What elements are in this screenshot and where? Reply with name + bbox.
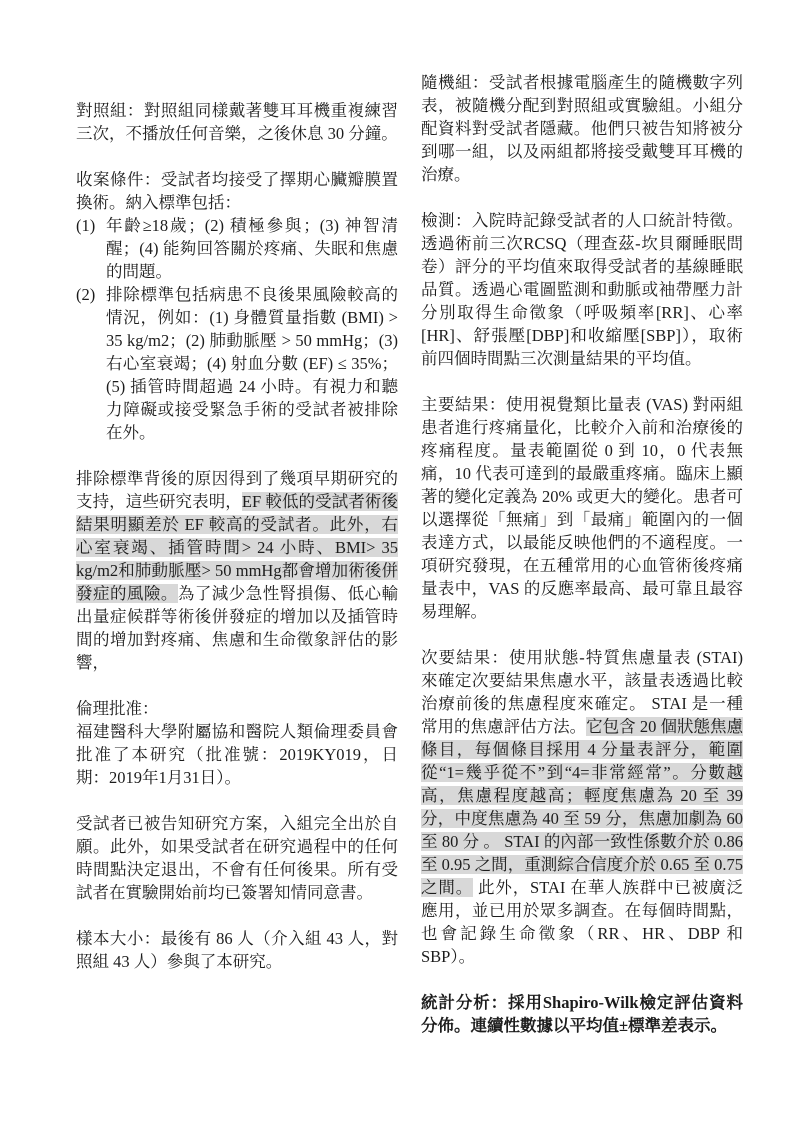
ethics-approval-paragraph: 福建醫科大學附屬協和醫院人類倫理委員會批准了本研究（批准號：2019KY019，… — [76, 720, 398, 789]
inclusion-criteria-paragraph: 收案條件：受試者均接受了擇期心臟瓣膜置換術。納入標準包括： — [76, 168, 398, 214]
sample-size-paragraph: 樣本大小：最後有 86 人（介入組 43 人，對照組 43 人）參與了本研究。 — [76, 927, 398, 973]
measurements-paragraph: 檢測：入院時記錄受試者的人口統計特徵。透過術前三次RCSQ（理查茲-坎貝爾睡眠問… — [421, 209, 743, 370]
list-item: (1)年齡≥18歲；(2) 積極參與；(3) 神智清醒；(4) 能夠回答關於疼痛… — [76, 214, 398, 283]
left-column: 對照組：對照組同樣戴著雙耳耳機重複練習三次，不播放任何音樂，之後休息 30 分鐘… — [76, 99, 398, 996]
text-segment: 對照組：對照組同樣戴著雙耳耳機重複練習三次，不播放任何音樂，之後休息 30 分鐘… — [76, 101, 398, 143]
criteria-list: (1)年齡≥18歲；(2) 積極參與；(3) 神智清醒；(4) 能夠回答關於疼痛… — [76, 214, 398, 444]
list-item: (2)排除標準包括病患不良後果風險較高的情況，例如：(1) 身體質量指數 (BM… — [76, 283, 398, 444]
control-group-paragraph: 對照組：對照組同樣戴著雙耳耳機重複練習三次，不播放任何音樂，之後休息 30 分鐘… — [76, 99, 398, 145]
text-segment: 主要結果：使用視覺類比量表 (VAS) 對兩組患者進行疼痛量化，比較介入前和治療… — [421, 395, 743, 621]
statistical-analysis-paragraph: 統計分析：採用Shapiro-Wilk檢定評估資料分佈。連續性數據以平均值±標準… — [421, 991, 743, 1037]
text-segment: 隨機組：受試者根據電腦產生的隨機數字列表，被隨機分配到對照組或實驗組。小組分配資… — [421, 73, 743, 184]
text-segment: 收案條件：受試者均接受了擇期心臟瓣膜置換術。納入標準包括： — [76, 170, 398, 212]
document-page: 對照組：對照組同樣戴著雙耳耳機重複練習三次，不播放任何音樂，之後休息 30 分鐘… — [0, 0, 800, 1131]
highlighted-text: 它包含 20 個狀態焦慮條目，每個條目採用 4 分量表評分，範圍從“1=幾乎從不… — [421, 717, 743, 897]
text-segment: 排除標準包括病患不良後果風險較高的情況，例如：(1) 身體質量指數 (BMI) … — [106, 285, 398, 442]
text-segment: 年齡≥18歲；(2) 積極參與；(3) 神智清醒；(4) 能夠回答關於疼痛、失眠… — [106, 216, 398, 281]
secondary-outcome-paragraph: 次要結果：使用狀態-特質焦慮量表 (STAI) 來確定次要結果焦慮水平，該量表透… — [421, 646, 743, 968]
text-segment: 福建醫科大學附屬協和醫院人類倫理委員會批准了本研究（批准號：2019KY019，… — [76, 722, 398, 787]
list-item-text: 排除標準包括病患不良後果風險較高的情況，例如：(1) 身體質量指數 (BMI) … — [106, 283, 398, 444]
primary-outcome-paragraph: 主要結果：使用視覺類比量表 (VAS) 對兩組患者進行疼痛量化，比較介入前和治療… — [421, 393, 743, 623]
exclusion-rationale-paragraph: 排除標準背後的原因得到了幾項早期研究的支持，這些研究表明，EF 較低的受試者術後… — [76, 467, 398, 674]
text-segment: 統計分析：採用Shapiro-Wilk檢定評估資料分佈。連續性數據以平均值±標準… — [421, 993, 743, 1035]
list-item-marker: (1) — [76, 214, 106, 283]
right-column: 隨機組：受試者根據電腦產生的隨機數字列表，被隨機分配到對照組或實驗組。小組分配資… — [421, 71, 743, 1060]
list-item-marker: (2) — [76, 283, 106, 444]
informed-consent-paragraph: 受試者已被告知研究方案，入組完全出於自願。此外，如果受試者在研究過程中的任何時間… — [76, 812, 398, 904]
ethics-approval-heading: 倫理批准： — [76, 697, 398, 720]
list-item-text: 年齡≥18歲；(2) 積極參與；(3) 神智清醒；(4) 能夠回答關於疼痛、失眠… — [106, 214, 398, 283]
randomization-paragraph: 隨機組：受試者根據電腦產生的隨機數字列表，被隨機分配到對照組或實驗組。小組分配資… — [421, 71, 743, 186]
text-segment: 受試者已被告知研究方案，入組完全出於自願。此外，如果受試者在研究過程中的任何時間… — [76, 814, 398, 902]
text-segment: 檢測：入院時記錄受試者的人口統計特徵。透過術前三次RCSQ（理查茲-坎貝爾睡眠問… — [421, 211, 743, 368]
text-segment: 樣本大小：最後有 86 人（介入組 43 人，對照組 43 人）參與了本研究。 — [76, 929, 398, 971]
text-segment: 倫理批准： — [76, 699, 159, 718]
